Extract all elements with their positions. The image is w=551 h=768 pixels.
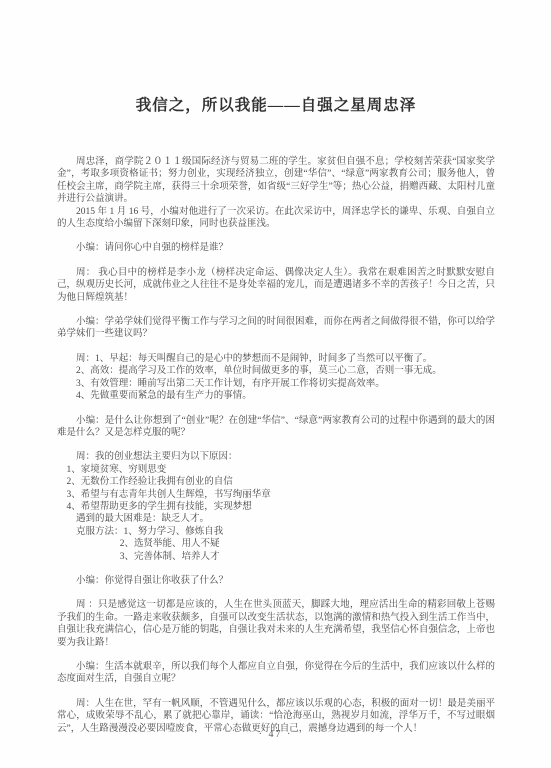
editor-question-1: 小编：请问你心中自强的榜样是谁？ bbox=[57, 242, 495, 254]
zhou-answer-3-method-1: 克服方法：1、努力学习、修炼自我 bbox=[76, 526, 495, 538]
editor-question-2: 小编：学弟学妹们觉得平衡工作与学习之间的时间很困难，而你在两者之间做得很不错，你… bbox=[57, 316, 495, 341]
zhou-answer-3-reason-2: 2、无数份工作经验让我拥有创业的自信 bbox=[67, 476, 496, 488]
editor-question-4: 小编：你觉得自强让你收获了什么？ bbox=[57, 575, 495, 587]
document-page: 我信之，所以我能——自强之星周忠泽 周忠泽，商学院２０１１级国际经济与贸易二班的… bbox=[0, 0, 551, 768]
zhou-answer-2-line-2: 2、高效：提高学习及工作的效率，单位时间做更多的事，莫三心二意，否则一事无成。 bbox=[76, 365, 495, 377]
zhou-answer-2-line-1: 周：1、早起：每天叫醒自己的是心中的梦想而不是闹钟，时间多了当然可以平衡了。 bbox=[57, 353, 495, 365]
zhou-answer-2-line-4: 4、先做重要而紧急的最有生产力的事情。 bbox=[76, 390, 495, 402]
article-body: 周忠泽，商学院２０１１级国际经济与贸易二班的学生。家贫但自强不息；学校刻苦荣获“… bbox=[57, 156, 495, 735]
zhou-answer-4: 周 ：只是感觉这一切都是应该的，人生在世头顶蓝天，脚踩大地，理应活出生命的精彩回… bbox=[57, 599, 495, 649]
zhou-answer-3-intro: 周：我的创业想法主要归为以下原因： bbox=[57, 451, 495, 463]
zhou-answer-3-reason-4: 4、希望帮助更多的学生拥有技能，实现梦想 bbox=[67, 501, 496, 513]
editor-question-5: 小编：生活本就艰辛，所以我们每个人都应自立自强，你觉得在今后的生活中，我们应该以… bbox=[57, 661, 495, 686]
editor-question-3: 小编：是什么让你想到了“创业”呢？在创建“华信”、“绿意”两家教育公司的过程中你… bbox=[57, 415, 495, 440]
zhou-answer-3-reason-1: 1、家境贫寒、穷则思变 bbox=[67, 464, 496, 476]
page-number: · 47 · bbox=[0, 729, 551, 740]
zhou-answer-2-line-3: 3、有效管理：睡前写出第二天工作计划，有序开展工作将切实提高效率。 bbox=[76, 378, 495, 390]
intro-paragraph-1: 周忠泽，商学院２０１１级国际经济与贸易二班的学生。家贫但自强不息；学校刻苦荣获“… bbox=[57, 156, 495, 206]
zhou-answer-1: 周： 我心目中的榜样是李小龙（榜样决定命运、偶像决定人生）。我常在艰难困苦之时默… bbox=[57, 267, 495, 304]
intro-paragraph-2: 2015 年 1 月 16 号，小编对他进行了一次采访。在此次采访中，周泽忠学长… bbox=[57, 206, 495, 231]
zhou-answer-3-difficulty: 遇到的最大困难是：缺乏人才。 bbox=[76, 513, 495, 525]
zhou-answer-3-reason-3: 3、希望与有志青年共创人生辉煌，书写绚丽华章 bbox=[67, 489, 496, 501]
zhou-answer-3-method-3: 3、完善体制、培养人才 bbox=[120, 551, 495, 563]
page-title: 我信之，所以我能——自强之星周忠泽 bbox=[57, 96, 495, 116]
zhou-answer-3-method-2: 2、选贤举能、用人不疑 bbox=[120, 538, 495, 550]
